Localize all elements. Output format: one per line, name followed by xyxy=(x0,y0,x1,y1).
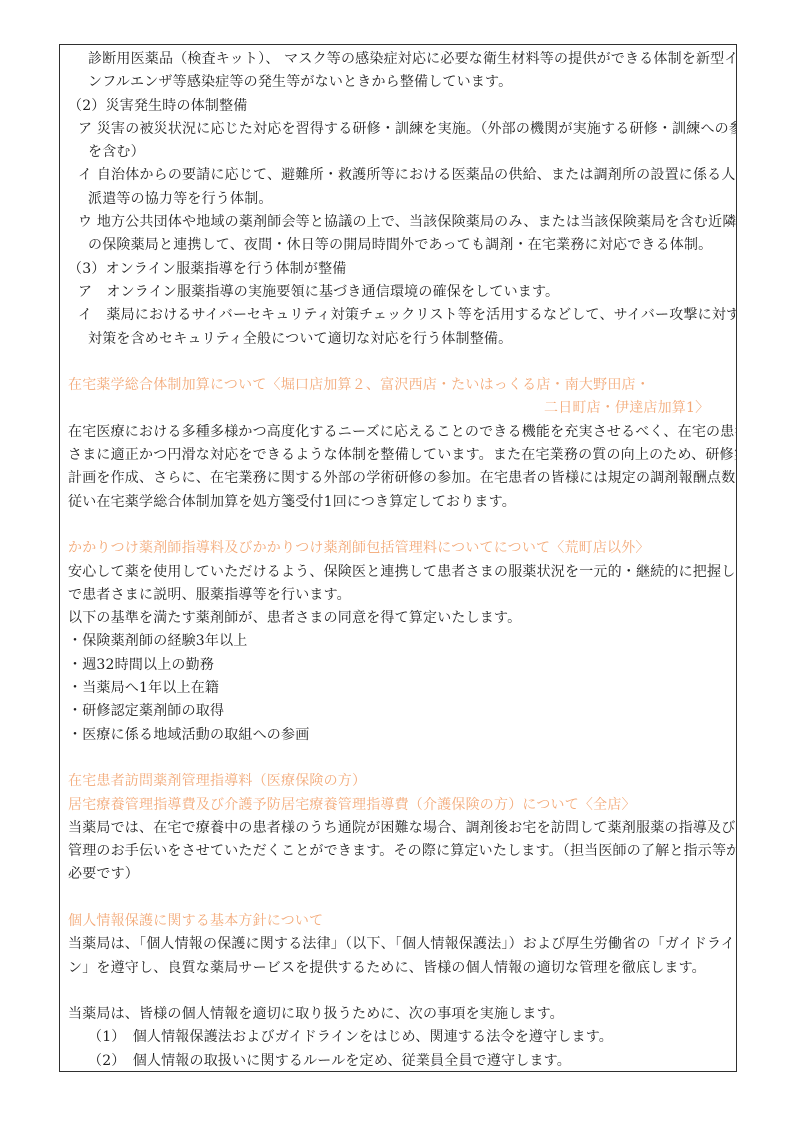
text-line: （2）災害発生時の体制整備 xyxy=(68,95,728,118)
text-line: さまに適正かつ円滑な対応をできるような体制を整備しています。また在宅業務の質の向… xyxy=(68,444,728,467)
text-line: イ 自治体からの要請に応じて、避難所・救護所等における医薬品の供給、または調剤所… xyxy=(68,164,728,187)
text-line: 対策を含めセキュリティ全般について適切な対応を行う体制整備。 xyxy=(68,328,728,351)
text-line: 診断用医薬品（検査キット）、 マスク等の感染症対応に必要な衛生材料等の提供ができ… xyxy=(68,48,728,71)
text-line: ・保険薬剤師の経験3年以上 xyxy=(68,630,728,653)
section-heading: かかりつけ薬剤師指導料及びかかりつけ薬剤師包括管理料についてについて〈荒町店以外… xyxy=(68,537,728,560)
text-line: ア 災害の被災状況に応じた対応を習得する研修・訓練を実施。（外部の機関が実施する… xyxy=(68,118,728,141)
section-heading: 居宅療養管理指導費及び介護予防居宅療養管理指導費（介護保険の方）について〈全店〉 xyxy=(68,794,728,817)
text-line: 当薬局では、在宅で療養中の患者様のうち通院が困難な場合、調剤後お宅を訪問して薬剤… xyxy=(68,817,728,840)
document-content-box: 診断用医薬品（検査キット）、 マスク等の感染症対応に必要な衛生材料等の提供ができ… xyxy=(59,44,737,1072)
text-line: ア オンライン服薬指導の実施要領に基づき通信環境の確保をしています。 xyxy=(68,281,728,304)
section-heading: 在宅薬学総合体制加算について〈堀口店加算２、富沢西店・たいはっくる店・南大野田店… xyxy=(68,374,728,397)
text-line: 管理のお手伝いをさせていただくことができます。その際に算定いたします。（担当医師… xyxy=(68,840,728,863)
text-line: ・医療に係る地域活動の取組への参画 xyxy=(68,724,728,747)
text-line: （3）オンライン服薬指導を行う体制が整備 xyxy=(68,258,728,281)
text-line: ・当薬局へ1年以上在籍 xyxy=(68,677,728,700)
blank-line xyxy=(68,887,728,910)
text-line: 従い在宅薬学総合体制加算を処方箋受付1回につき算定しております。 xyxy=(68,491,728,514)
text-line: 在宅医療における多種多様かつ高度化するニーズに応えることのできる機能を充実させる… xyxy=(68,421,728,444)
text-line: ン」を遵守し、良質な薬局サービスを提供するために、皆様の個人情報の適切な管理を徹… xyxy=(68,957,728,980)
text-line: 以下の基準を満たす薬剤師が、患者さまの同意を得て算定いたします。 xyxy=(68,607,728,630)
blank-line xyxy=(68,514,728,537)
blank-line xyxy=(68,747,728,770)
text-line: で患者さまに説明、服薬指導等を行います。 xyxy=(68,584,728,607)
text-line: 必要です） xyxy=(68,863,728,886)
text-line: イ 薬局におけるサイバーセキュリティ対策チェックリスト等を活用するなどして、サイ… xyxy=(68,304,728,327)
text-line: ・研修認定薬剤師の取得 xyxy=(68,700,728,723)
section-heading: 二日町店・伊達店加算1〉 xyxy=(68,397,728,420)
text-line: 安心して薬を使用していただけるよう、保険医と連携して患者さまの服薬状況を一元的・… xyxy=(68,561,728,584)
text-line: （1） 個人情報保護法およびガイドラインをはじめ、関連する法令を遵守します。 xyxy=(68,1026,728,1049)
section-heading: 個人情報保護に関する基本方針について xyxy=(68,910,728,933)
text-line: 計画を作成、さらに、在宅業務に関する外部の学術研修の参加。在宅患者の皆様には規定… xyxy=(68,467,728,490)
text-line: を含む） xyxy=(68,141,728,164)
text-line: ・週32時間以上の勤務 xyxy=(68,654,728,677)
text-line: 当薬局は、「個人情報の保護に関する法律」（以下、「個人情報保護法」）および厚生労… xyxy=(68,933,728,956)
document-page: 診断用医薬品（検査キット）、 マスク等の感染症対応に必要な衛生材料等の提供ができ… xyxy=(0,0,794,1123)
text-line: （2） 個人情報の取扱いに関するルールを定め、従業員全員で遵守します。 xyxy=(68,1050,728,1072)
section-heading: 在宅患者訪問薬剤管理指導料（医療保険の方） xyxy=(68,770,728,793)
text-line: 当薬局は、皆様の個人情報を適切に取り扱うために、次の事項を実施します。 xyxy=(68,1003,728,1026)
text-line: ンフルエンザ等感染症等の発生等がないときから整備しています。 xyxy=(68,71,728,94)
text-line: の保険薬局と連携して、夜間・休日等の開局時間外であっても調剤・在宅業務に対応でき… xyxy=(68,234,728,257)
blank-line xyxy=(68,980,728,1003)
text-line: 派遣等の協力等を行う体制。 xyxy=(68,188,728,211)
text-line: ウ 地方公共団体や地域の薬剤師会等と協議の上で、当該保険薬局のみ、または当該保険… xyxy=(68,211,728,234)
blank-line xyxy=(68,351,728,374)
